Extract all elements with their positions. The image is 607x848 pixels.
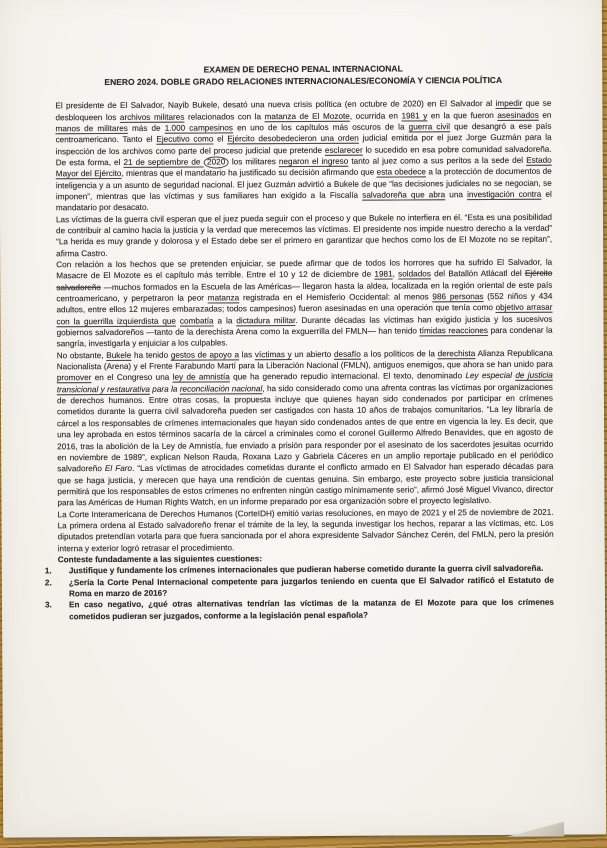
paragraph-crisis-politica: El presidente de El Salvador, Nayib Buke… (55, 98, 552, 214)
question-text: ¿Sería la Corte Penal Internacional comp… (69, 574, 554, 599)
question-item-3: 3. En caso negativo, ¿qué otras alternat… (45, 597, 554, 622)
exam-subtitle: ENERO 2024. DOBLE GRADO RELACIONES INTER… (55, 74, 551, 88)
exam-content: EXAMEN DE DERECHO PENAL INTERNACIONAL EN… (0, 0, 605, 623)
paragraph-corteidh: La Corte Interamericana de Derechos Huma… (57, 506, 553, 554)
exam-paper: EXAMEN DE DERECHO PENAL INTERNACIONAL EN… (0, 0, 606, 838)
page-corner-fold (506, 822, 564, 837)
paragraph-victimas-esperan: Las víctimas de la guerra civil esperan … (56, 211, 552, 259)
question-item-2: 2. ¿Sería la Corte Penal Internacional c… (45, 574, 554, 599)
desk-background: { "colors":{"paper":"#f6f4ef","ink":"#2d… (0, 0, 607, 848)
question-number: 1. (45, 566, 69, 577)
question-text: En caso negativo, ¿qué otras alternativa… (69, 597, 554, 622)
question-number: 3. (45, 600, 69, 623)
question-number: 2. (45, 577, 69, 600)
paragraph-masacre-mozote: Con relación a los hechos que se pretend… (56, 257, 552, 350)
paragraph-ley-amnistia: No obstante, Bukele ha tenido gestos de … (57, 347, 554, 508)
questions-list: 1. Justifique y fundamente los crímenes … (45, 563, 554, 622)
